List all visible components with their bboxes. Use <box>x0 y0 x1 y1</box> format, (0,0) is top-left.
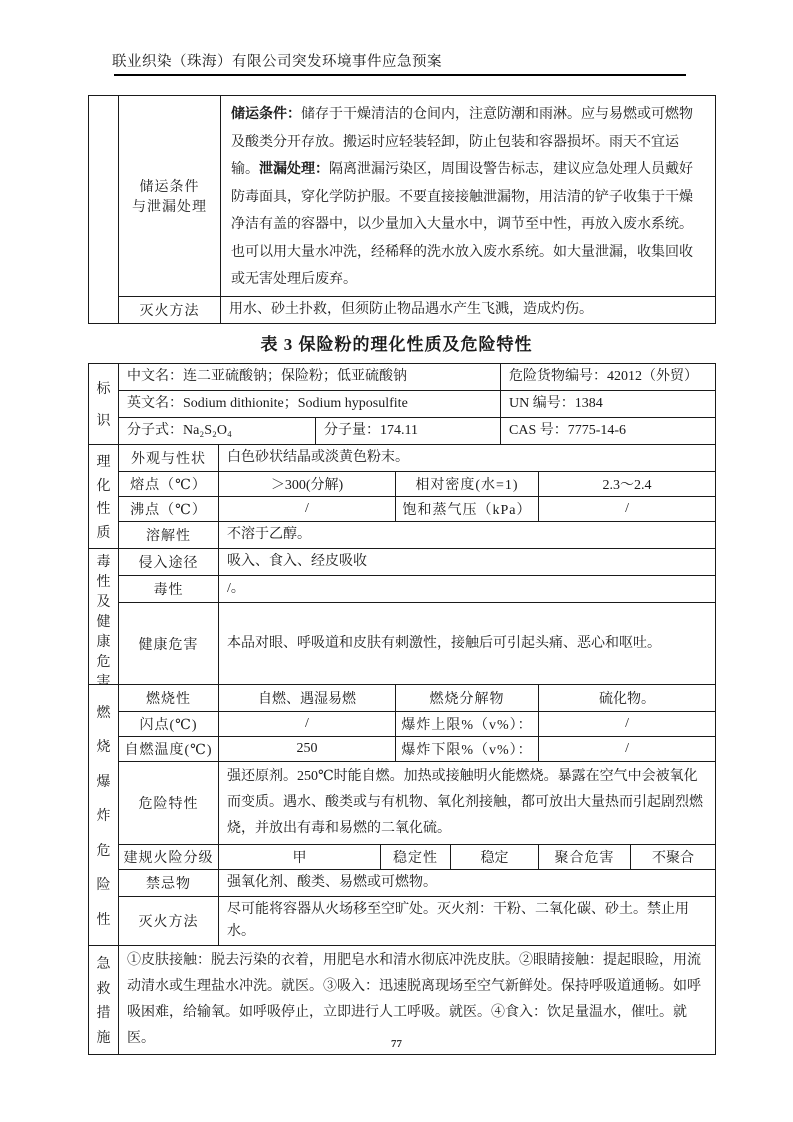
molecular-formula-cell: 分子式：Na₂S₂O₄ <box>119 418 316 445</box>
category-fire-explosion: 燃烧爆炸危险性 <box>89 685 119 946</box>
exposure-route-label: 侵入途径 <box>119 549 219 576</box>
exposure-route-value: 吸入、食入、经皮吸收 <box>219 549 716 576</box>
page-number: 77 <box>0 1038 793 1050</box>
fire-method-content: 用水、砂土扑救，但须防止物品遇水产生飞溅，造成灼伤。 <box>221 296 716 323</box>
storage-leak-content: 储运条件：储存于干燥清洁的仓间内，注意防潮和雨淋。应与易燃或可燃物及酸类分开存放… <box>221 96 716 297</box>
fire-risk-class-value: 甲 <box>219 845 381 870</box>
properties-hazards-table: 标识 中文名：连二亚硫酸钠；保险粉；低亚硫酸钠 危险货物编号：42012（外贸）… <box>88 363 716 1055</box>
combustion-products-label: 燃烧分解物 <box>396 685 539 712</box>
explosion-upper-limit-label: 爆炸上限%（v%）： <box>396 712 539 737</box>
incompatibilities-value: 强氧化剂、酸类、易燃或可燃物。 <box>219 870 716 897</box>
autoignition-temp-value: 250 <box>219 737 396 762</box>
solubility-label: 溶解性 <box>119 522 219 549</box>
appearance-value: 白色砂状结晶或淡黄色粉末。 <box>219 445 716 472</box>
relative-density-label: 相对密度(水=1) <box>396 472 539 497</box>
header-rule <box>114 74 686 76</box>
flash-point-value: / <box>219 712 396 737</box>
flash-point-label: 闪点(℃) <box>119 712 219 737</box>
category-fire-explosion-label: 燃烧爆炸危险性 <box>89 687 118 943</box>
hazard-characteristics-value: 强还原剂。250℃时能自燃。加热或接触明火能燃烧。暴露在空气中会被氧化而变质。遇… <box>219 762 716 845</box>
vapor-pressure-label: 饱和蒸气压（kPa） <box>396 497 539 522</box>
hazard-characteristics-label: 危险特性 <box>119 762 219 845</box>
explosion-upper-limit-value: / <box>539 712 716 737</box>
page-header-title: 联业织染（珠海）有限公司突发环境事件应急预案 <box>112 50 442 71</box>
stability-value: 稳定 <box>451 845 539 870</box>
flammability-label: 燃烧性 <box>119 685 219 712</box>
explosion-lower-limit-label: 爆炸下限%（v%）： <box>396 737 539 762</box>
toxicity-value: /。 <box>219 576 716 603</box>
explosion-lower-limit-value: / <box>539 737 716 762</box>
appearance-label: 外观与性状 <box>119 445 219 472</box>
storage-leak-label-cell: 储运条件 与泄漏处理 <box>119 96 221 297</box>
health-hazard-value: 本品对眼、呼吸道和皮肤有刺激性，接触后可引起头痛、恶心和呕吐。 <box>219 603 716 685</box>
incompatibilities-label: 禁忌物 <box>119 870 219 897</box>
autoignition-temp-label: 自燃温度(℃) <box>119 737 219 762</box>
solubility-value: 不溶于乙醇。 <box>219 522 716 549</box>
category-physicochemical: 理化性质 <box>89 445 119 549</box>
boiling-point-value: / <box>219 497 396 522</box>
category-identification-label: 标识 <box>89 366 118 442</box>
category-physicochemical-label: 理化性质 <box>89 447 118 546</box>
fire-method-label: 灭火方法 <box>119 296 221 323</box>
extinguishing-method-label: 灭火方法 <box>119 897 219 946</box>
polymerization-hazard-label: 聚合危害 <box>539 845 631 870</box>
stability-label: 稳定性 <box>381 845 451 870</box>
document-page: 联业织染（珠海）有限公司突发环境事件应急预案 储运条件 与泄漏处理 储运条件：储… <box>0 0 793 1122</box>
melting-point-value: ＞300(分解) <box>219 472 396 497</box>
empty-category-cell <box>89 96 119 324</box>
combustion-products-value: 硫化物。 <box>539 685 716 712</box>
vapor-pressure-value: / <box>539 497 716 522</box>
category-toxicity-health: 毒性及健康危害 <box>89 549 119 685</box>
cas-number-cell: CAS 号：7775-14-6 <box>501 418 716 445</box>
melting-point-label: 熔点（℃） <box>119 472 219 497</box>
storage-leak-label-line1: 储运条件 <box>121 176 218 196</box>
molecular-weight-cell: 分子量：174.11 <box>316 418 501 445</box>
storage-leak-label-line2: 与泄漏处理 <box>121 196 218 216</box>
toxicity-label: 毒性 <box>119 576 219 603</box>
storage-leak-table: 储运条件 与泄漏处理 储运条件：储存于干燥清洁的仓间内，注意防潮和雨淋。应与易燃… <box>88 95 716 324</box>
un-number-cell: UN 编号：1384 <box>501 391 716 418</box>
category-toxicity-health-label: 毒性及健康危害 <box>89 551 118 682</box>
extinguishing-method-value: 尽可能将容器从火场移至空旷处。灭火剂：干粉、二氧化碳、砂土。禁止用水。 <box>219 897 716 946</box>
english-name-cell: 英文名：Sodium dithionite；Sodium hyposulfite <box>119 391 501 418</box>
table3-title: 表 3 保险粉的理化性质及危险特性 <box>0 330 793 355</box>
polymerization-hazard-value: 不聚合 <box>631 845 716 870</box>
category-identification: 标识 <box>89 364 119 445</box>
relative-density-value: 2.3～2.4 <box>539 472 716 497</box>
category-first-aid-label: 急救措施 <box>89 948 118 1052</box>
boiling-point-label: 沸点（℃） <box>119 497 219 522</box>
chinese-name-cell: 中文名：连二亚硫酸钠；保险粉；低亚硫酸钠 <box>119 364 501 391</box>
health-hazard-label: 健康危害 <box>119 603 219 685</box>
flammability-value: 自燃、遇湿易燃 <box>219 685 396 712</box>
dangerous-goods-code-cell: 危险货物编号：42012（外贸） <box>501 364 716 391</box>
fire-risk-class-label: 建规火险分级 <box>119 845 219 870</box>
